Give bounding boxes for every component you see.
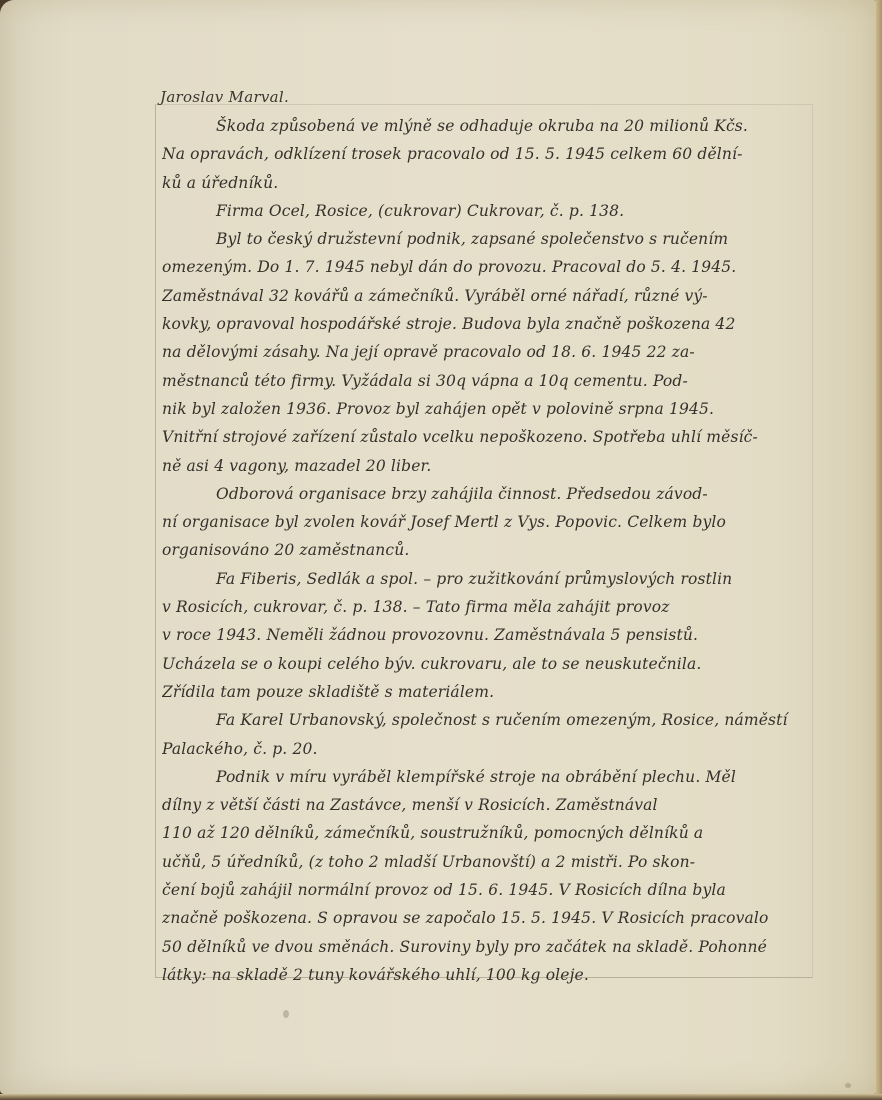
text-line: městnanců této firmy. Vyžádala si 30q vá… (162, 367, 810, 395)
text-line: Na opravách, odklízení trosek pracovalo … (162, 140, 810, 168)
text-line: Zřídila tam pouze skladiště s materiálem… (162, 678, 810, 706)
text-line: Fa Fiberis, Sedlák a spol. – pro zužitko… (162, 565, 810, 593)
paper-stain (845, 1083, 851, 1088)
text-line: čení bojů zahájil normální provoz od 15.… (162, 876, 810, 904)
text-line: Zaměstnával 32 kovářů a zámečníků. Vyráb… (162, 282, 810, 310)
text-line: kovky, opravoval hospodářské stroje. Bud… (162, 310, 810, 338)
text-line: 110 až 120 dělníků, zámečníků, soustružn… (162, 819, 810, 847)
page-edge (876, 0, 882, 1100)
text-line: Odborová organisace brzy zahájila činnos… (162, 480, 810, 508)
text-line: látky: na skladě 2 tuny kovářského uhlí,… (162, 961, 810, 989)
text-line: omezeným. Do 1. 7. 1945 nebyl dán do pro… (162, 253, 810, 281)
text-line: dílny z větší části na Zastávce, menší v… (162, 791, 810, 819)
author-name: Jaroslav Marval. (160, 88, 289, 106)
text-line: Palackého, č. p. 20. (162, 735, 810, 763)
paper-stain (283, 1010, 289, 1018)
text-line: ků a úředníků. (162, 169, 810, 197)
text-line: Fa Karel Urbanovský, společnost s ručení… (162, 706, 810, 734)
text-line: Byl to český družstevní podnik, zapsané … (162, 225, 810, 253)
text-line: Škoda způsobená ve mlýně se odhaduje okr… (162, 112, 810, 140)
text-line: ní organisace byl zvolen kovář Josef Mer… (162, 508, 810, 536)
text-line: Firma Ocel, Rosice, (cukrovar) Cukrovar,… (162, 197, 810, 225)
handwritten-text-body: Škoda způsobená ve mlýně se odhaduje okr… (162, 112, 810, 989)
text-line: značně poškozena. S opravou se započalo … (162, 904, 810, 932)
text-line: Vnitřní strojové zařízení zůstalo vcelku… (162, 423, 810, 451)
text-line: v Rosicích, cukrovar, č. p. 138. – Tato … (162, 593, 810, 621)
text-line: ně asi 4 vagony, mazadel 20 liber. (162, 452, 810, 480)
text-line: organisováno 20 zaměstnanců. (162, 536, 810, 564)
text-line: učňů, 5 úředníků, (z toho 2 mladší Urban… (162, 848, 810, 876)
text-line: nik byl založen 1936. Provoz byl zahájen… (162, 395, 810, 423)
text-line: v roce 1943. Neměli žádnou provozovnu. Z… (162, 621, 810, 649)
page-edge (0, 1094, 882, 1100)
text-line: Podnik v míru vyráběl klempířské stroje … (162, 763, 810, 791)
text-line: na dělovými zásahy. Na její opravě praco… (162, 338, 810, 366)
text-line: 50 dělníků ve dvou směnách. Suroviny byl… (162, 933, 810, 961)
text-line: Ucházela se o koupi celého býv. cukrovar… (162, 650, 810, 678)
